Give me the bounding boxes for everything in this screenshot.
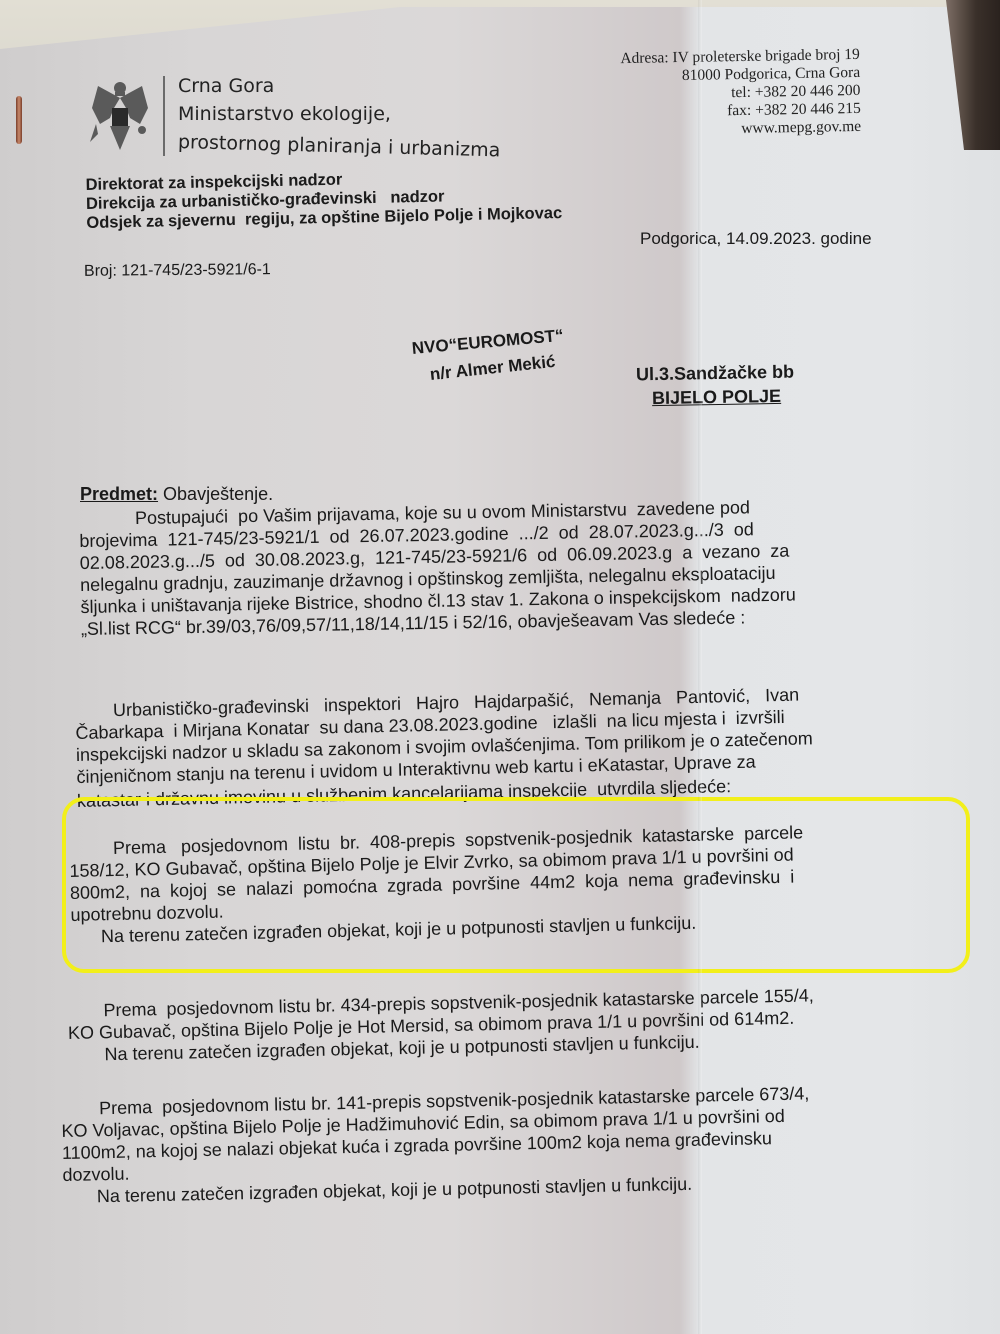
ministry-line-1: Ministarstvo ekologije,: [178, 100, 500, 128]
paragraph-parcel-158-12: Prema posjedovnom listu br. 408-prepis s…: [69, 821, 806, 948]
paper-fold-line: [698, 0, 702, 1334]
paper-clip: [16, 96, 22, 144]
paragraph-complaints: Postupajući po Vašim prijavama, koje su …: [79, 496, 797, 640]
subject-label: Predmet:: [80, 484, 158, 504]
subject-line: Predmet: Obavještenje.: [80, 483, 273, 505]
reference-number: Broj: 121-745/23-5921/6-1: [84, 259, 271, 283]
recipient-street: Ul.3.Sandžačke bb: [636, 361, 794, 386]
letterhead-divider: [163, 76, 165, 156]
recipient-city: BIJELO POLJE: [652, 385, 781, 409]
paragraph-inspectors: Urbanističko-građevinski inspektori Hajr…: [75, 683, 814, 812]
department-block: Direktorat za inspekcijski nadzor Direkc…: [85, 166, 562, 233]
subject-value: Obavještenje.: [163, 484, 273, 504]
country-name: Crna Gora: [178, 72, 500, 100]
document-date: Podgorica, 14.09.2023. godine: [640, 228, 872, 250]
coat-of-arms-icon: [88, 78, 152, 158]
ministry-address: Adresa: IV proleterske brigade broj 19 8…: [620, 46, 861, 140]
ministry-name: Crna Gora Ministarstvo ekologije, prosto…: [178, 72, 500, 156]
